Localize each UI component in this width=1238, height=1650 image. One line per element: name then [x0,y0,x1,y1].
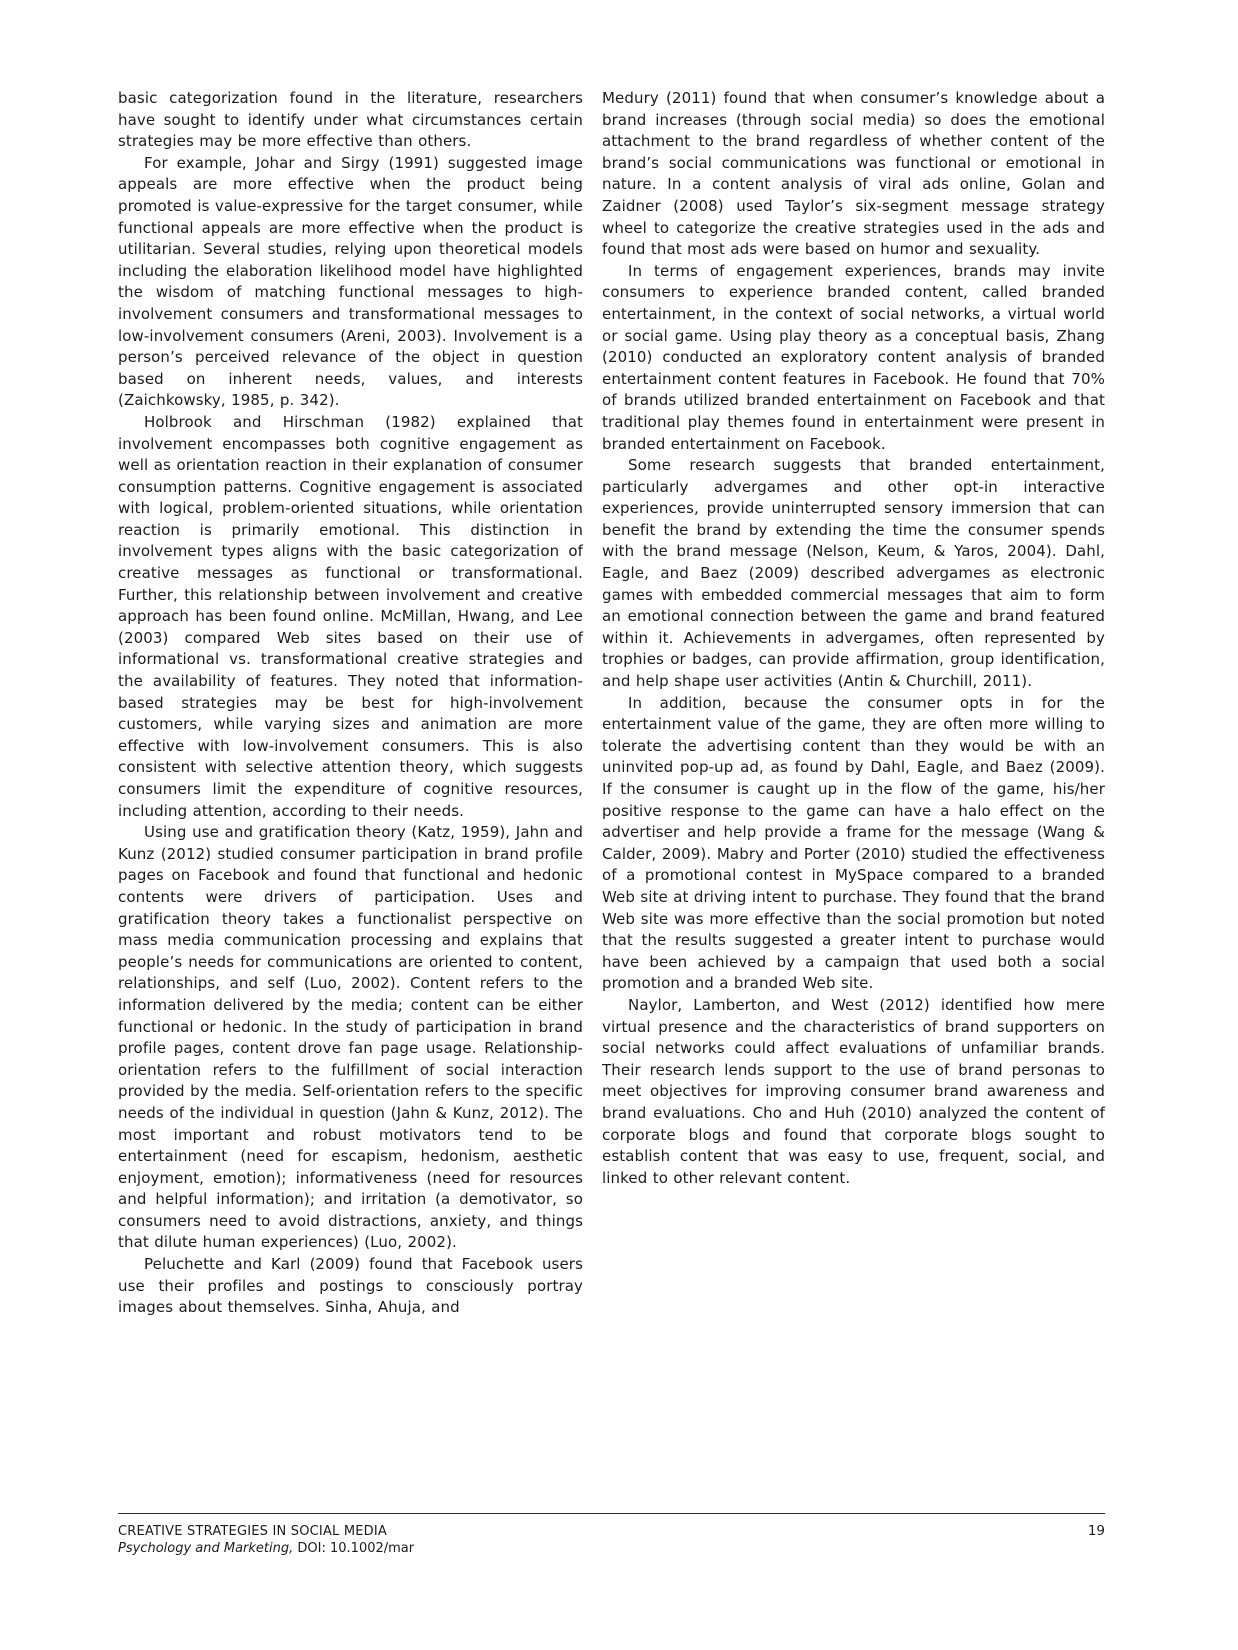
journal-page: basic categorization found in the litera… [0,0,1238,1650]
footer-rule [118,1513,1105,1514]
page-footer: CREATIVE STRATEGIES IN SOCIAL MEDIA 19 P… [118,1513,1105,1558]
page-number: 19 [1088,1523,1105,1540]
journal-name: Psychology and Marketing, [118,1541,293,1556]
left-column: basic categorization found in the litera… [118,88,583,1319]
footer-line-1: CREATIVE STRATEGIES IN SOCIAL MEDIA 19 [118,1523,1105,1540]
paragraph: In addition, because the consumer opts i… [602,693,1105,995]
paragraph: In terms of engagement experiences, bran… [602,261,1105,455]
paragraph: Medury (2011) found that when consumer’s… [602,88,1105,261]
paragraph: Naylor, Lamberton, and West (2012) ident… [602,995,1105,1189]
right-column: Medury (2011) found that when consumer’s… [602,88,1105,1319]
paragraph: For example, Johar and Sirgy (1991) sugg… [118,153,583,412]
footer-line-2: Psychology and Marketing, DOI: 10.1002/m… [118,1540,1105,1558]
body-text: basic categorization found in the litera… [118,88,1105,1319]
running-head: CREATIVE STRATEGIES IN SOCIAL MEDIA [118,1523,387,1540]
doi-text: DOI: 10.1002/mar [297,1541,414,1556]
paragraph: Peluchette and Karl (2009) found that Fa… [118,1254,583,1319]
paragraph: basic categorization found in the litera… [118,88,583,153]
paragraph: Some research suggests that branded ente… [602,455,1105,693]
paragraph: Holbrook and Hirschman (1982) explained … [118,412,583,822]
paragraph: Using use and gratification theory (Katz… [118,822,583,1254]
